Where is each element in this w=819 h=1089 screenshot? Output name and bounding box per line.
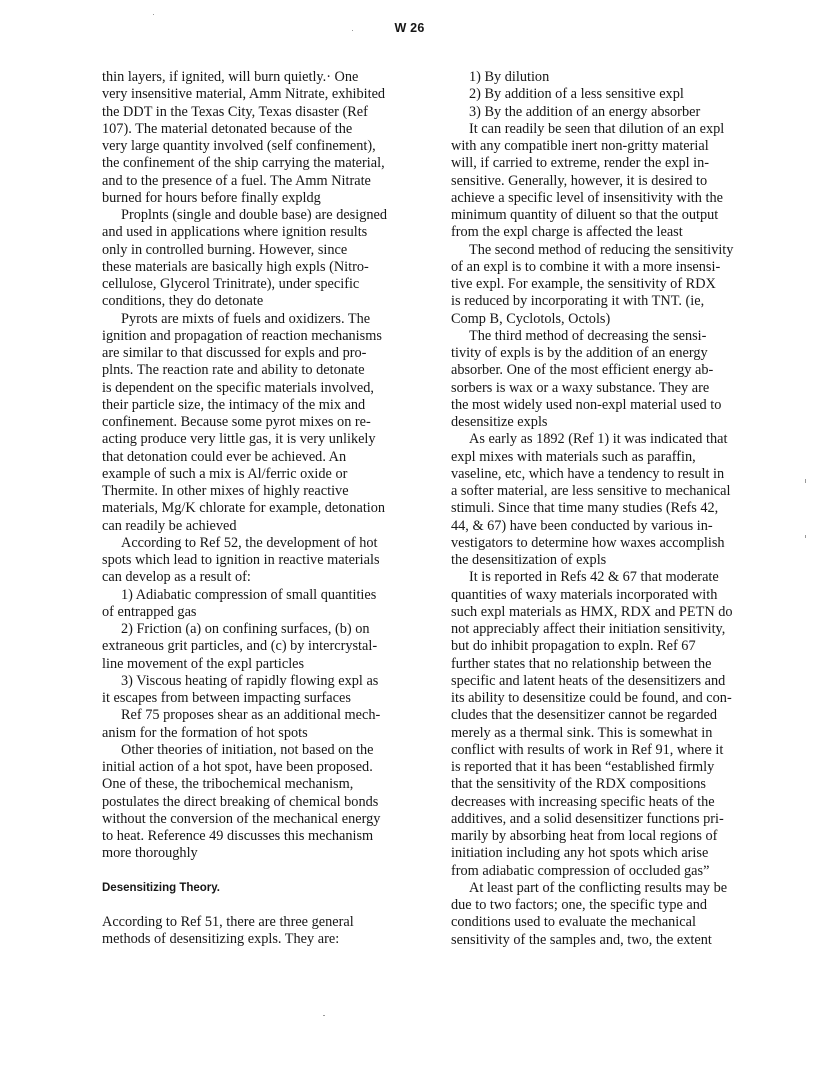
text-line: It is reported in Refs 42 & 67 that mode… (451, 569, 756, 586)
text-line: cludes that the desensitizer cannot be r… (451, 707, 756, 724)
text-line: the most widely used non-expl material u… (451, 397, 756, 414)
right-column: 1) By dilution2) By addition of a less s… (451, 69, 756, 949)
text-line: their particle size, the intimacy of the… (102, 397, 402, 414)
text-line: 107). The material detonated because of … (102, 121, 402, 138)
text-line: is reported that it has been “establishe… (451, 759, 756, 776)
text-line: burned for hours before finally expldg (102, 190, 402, 207)
text-line: the confinement of the ship carrying the… (102, 155, 402, 172)
text-line: the desensitization of expls (451, 552, 756, 569)
text-line: only in controlled burning. However, sin… (102, 242, 402, 259)
text-line: is reduced by incorporating it with TNT.… (451, 293, 756, 310)
text-line: Proplnts (single and double base) are de… (102, 207, 402, 224)
text-line: of entrapped gas (102, 604, 402, 621)
text-line: desensitize expls (451, 414, 756, 431)
text-line: and used in applications where ignition … (102, 224, 402, 241)
text-line: achieve a specific level of insensitivit… (451, 190, 756, 207)
section-heading: Desensitizing Theory. (102, 880, 402, 897)
spacer (102, 897, 402, 914)
text-line: sensitive. Generally, however, it is des… (451, 173, 756, 190)
text-line: additives, and a solid desensitizer func… (451, 811, 756, 828)
text-line: absorber. One of the most efficient ener… (451, 362, 756, 379)
text-line: very large quantity involved (self confi… (102, 138, 402, 155)
text-line: can develop as a result of: (102, 569, 402, 586)
text-line: conflict with results of work in Ref 91,… (451, 742, 756, 759)
text-line: minimum quantity of diluent so that the … (451, 207, 756, 224)
text-line: to heat. Reference 49 discusses this mec… (102, 828, 402, 845)
text-line: can readily be achieved (102, 518, 402, 535)
text-line: vaseline, etc, which have a tendency to … (451, 466, 756, 483)
text-line: expl mixes with materials such as paraff… (451, 449, 756, 466)
text-line: conditions, they do detonate (102, 293, 402, 310)
text-line: spots which lead to ignition in reactive… (102, 552, 402, 569)
text-line: According to Ref 51, there are three gen… (102, 914, 402, 931)
text-line: According to Ref 52, the development of … (102, 535, 402, 552)
text-line: Pyrots are mixts of fuels and oxidizers.… (102, 311, 402, 328)
text-line: such expl materials as HMX, RDX and PETN… (451, 604, 756, 621)
text-line: decreases with increasing specific heats… (451, 794, 756, 811)
text-line: further states that no relationship betw… (451, 656, 756, 673)
text-line: 1) By dilution (451, 69, 756, 86)
text-line: tivity of expls is by the addition of an… (451, 345, 756, 362)
text-line: The third method of decreasing the sensi… (451, 328, 756, 345)
text-line: initiation including any hot spots which… (451, 845, 756, 862)
text-line: due to two factors; one, the specific ty… (451, 897, 756, 914)
text-line: its ability to desensitize could be foun… (451, 690, 756, 707)
text-line: merely as a thermal sink. This is somewh… (451, 725, 756, 742)
text-line: the DDT in the Texas City, Texas disaste… (102, 104, 402, 121)
left-column: thin layers, if ignited, will burn quiet… (102, 69, 402, 948)
text-line: marily by absorbing heat from local regi… (451, 828, 756, 845)
scan-speck (153, 14, 154, 15)
text-line: thin layers, if ignited, will burn quiet… (102, 69, 402, 86)
text-line: that the sensitivity of the RDX composit… (451, 776, 756, 793)
text-line: As early as 1892 (Ref 1) it was indicate… (451, 431, 756, 448)
text-line: Ref 75 proposes shear as an additional m… (102, 707, 402, 724)
scan-speck (352, 30, 353, 31)
text-line: and to the presence of a fuel. The Amm N… (102, 173, 402, 190)
text-line: will, if carried to extreme, render the … (451, 155, 756, 172)
text-line: not appreciably affect their initiation … (451, 621, 756, 638)
page-number-header: W 26 (0, 21, 819, 35)
text-line: tive expl. For example, the sensitivity … (451, 276, 756, 293)
text-line: it escapes from between impacting surfac… (102, 690, 402, 707)
text-line: Thermite. In other mixes of highly react… (102, 483, 402, 500)
spacer (102, 863, 402, 880)
text-line: very insensitive material, Amm Nitrate, … (102, 86, 402, 103)
left-column-after-heading: According to Ref 51, there are three gen… (102, 914, 402, 949)
text-line: a softer material, are less sensitive to… (451, 483, 756, 500)
text-line: Comp B, Cyclotols, Octols) (451, 311, 756, 328)
text-line: postulates the direct breaking of chemic… (102, 794, 402, 811)
text-line: 44, & 67) have been conducted by various… (451, 518, 756, 535)
text-line: with any compatible inert non-gritty mat… (451, 138, 756, 155)
text-line: ignition and propagation of reaction mec… (102, 328, 402, 345)
text-line: but do inhibit propagation to expln. Ref… (451, 638, 756, 655)
text-line: acting produce very little gas, it is ve… (102, 431, 402, 448)
text-line: these materials are basically high expls… (102, 259, 402, 276)
text-line: extraneous grit particles, and (c) by in… (102, 638, 402, 655)
text-line: cellulose, Glycerol Trinitrate), under s… (102, 276, 402, 293)
text-line: initial action of a hot spot, have been … (102, 759, 402, 776)
text-line: conditions used to evaluate the mechanic… (451, 914, 756, 931)
text-line: 1) Adiabatic compression of small quanti… (102, 587, 402, 604)
text-line: plnts. The reaction rate and ability to … (102, 362, 402, 379)
text-line: 2) By addition of a less sensitive expl (451, 86, 756, 103)
text-line: without the conversion of the mechanical… (102, 811, 402, 828)
text-line: vestigators to determine how waxes accom… (451, 535, 756, 552)
scan-speck (805, 479, 806, 483)
text-line: are similar to that discussed for expls … (102, 345, 402, 362)
text-line: One of these, the tribochemical mechanis… (102, 776, 402, 793)
text-line: 2) Friction (a) on confining surfaces, (… (102, 621, 402, 638)
text-line: from adiabatic compression of occluded g… (451, 863, 756, 880)
text-line: is dependent on the specific materials i… (102, 380, 402, 397)
right-column-body: 1) By dilution2) By addition of a less s… (451, 69, 756, 949)
text-line: of an expl is to combine it with a more … (451, 259, 756, 276)
text-line: Other theories of initiation, not based … (102, 742, 402, 759)
text-line: methods of desensitizing expls. They are… (102, 931, 402, 948)
text-line: confinement. Because some pyrot mixes on… (102, 414, 402, 431)
text-line: that detonation could ever be achieved. … (102, 449, 402, 466)
text-line: The second method of reducing the sensit… (451, 242, 756, 259)
scan-speck (805, 535, 806, 538)
text-line: sensitivity of the samples and, two, the… (451, 932, 756, 949)
text-line: example of such a mix is Al/ferric oxide… (102, 466, 402, 483)
text-line: from the expl charge is affected the lea… (451, 224, 756, 241)
text-line: materials, Mg/K chlorate for example, de… (102, 500, 402, 517)
scan-speck (323, 1015, 325, 1016)
text-line: stimuli. Since that time many studies (R… (451, 500, 756, 517)
text-line: specific and latent heats of the desensi… (451, 673, 756, 690)
text-line: 3) By the addition of an energy absorber (451, 104, 756, 121)
text-line: line movement of the expl particles (102, 656, 402, 673)
text-line: anism for the formation of hot spots (102, 725, 402, 742)
text-line: sorbers is wax or a waxy substance. They… (451, 380, 756, 397)
text-line: more thoroughly (102, 845, 402, 862)
left-column-body: thin layers, if ignited, will burn quiet… (102, 69, 402, 863)
text-line: At least part of the conflicting results… (451, 880, 756, 897)
text-line: 3) Viscous heating of rapidly flowing ex… (102, 673, 402, 690)
text-line: quantities of waxy materials incorporate… (451, 587, 756, 604)
text-line: It can readily be seen that dilution of … (451, 121, 756, 138)
